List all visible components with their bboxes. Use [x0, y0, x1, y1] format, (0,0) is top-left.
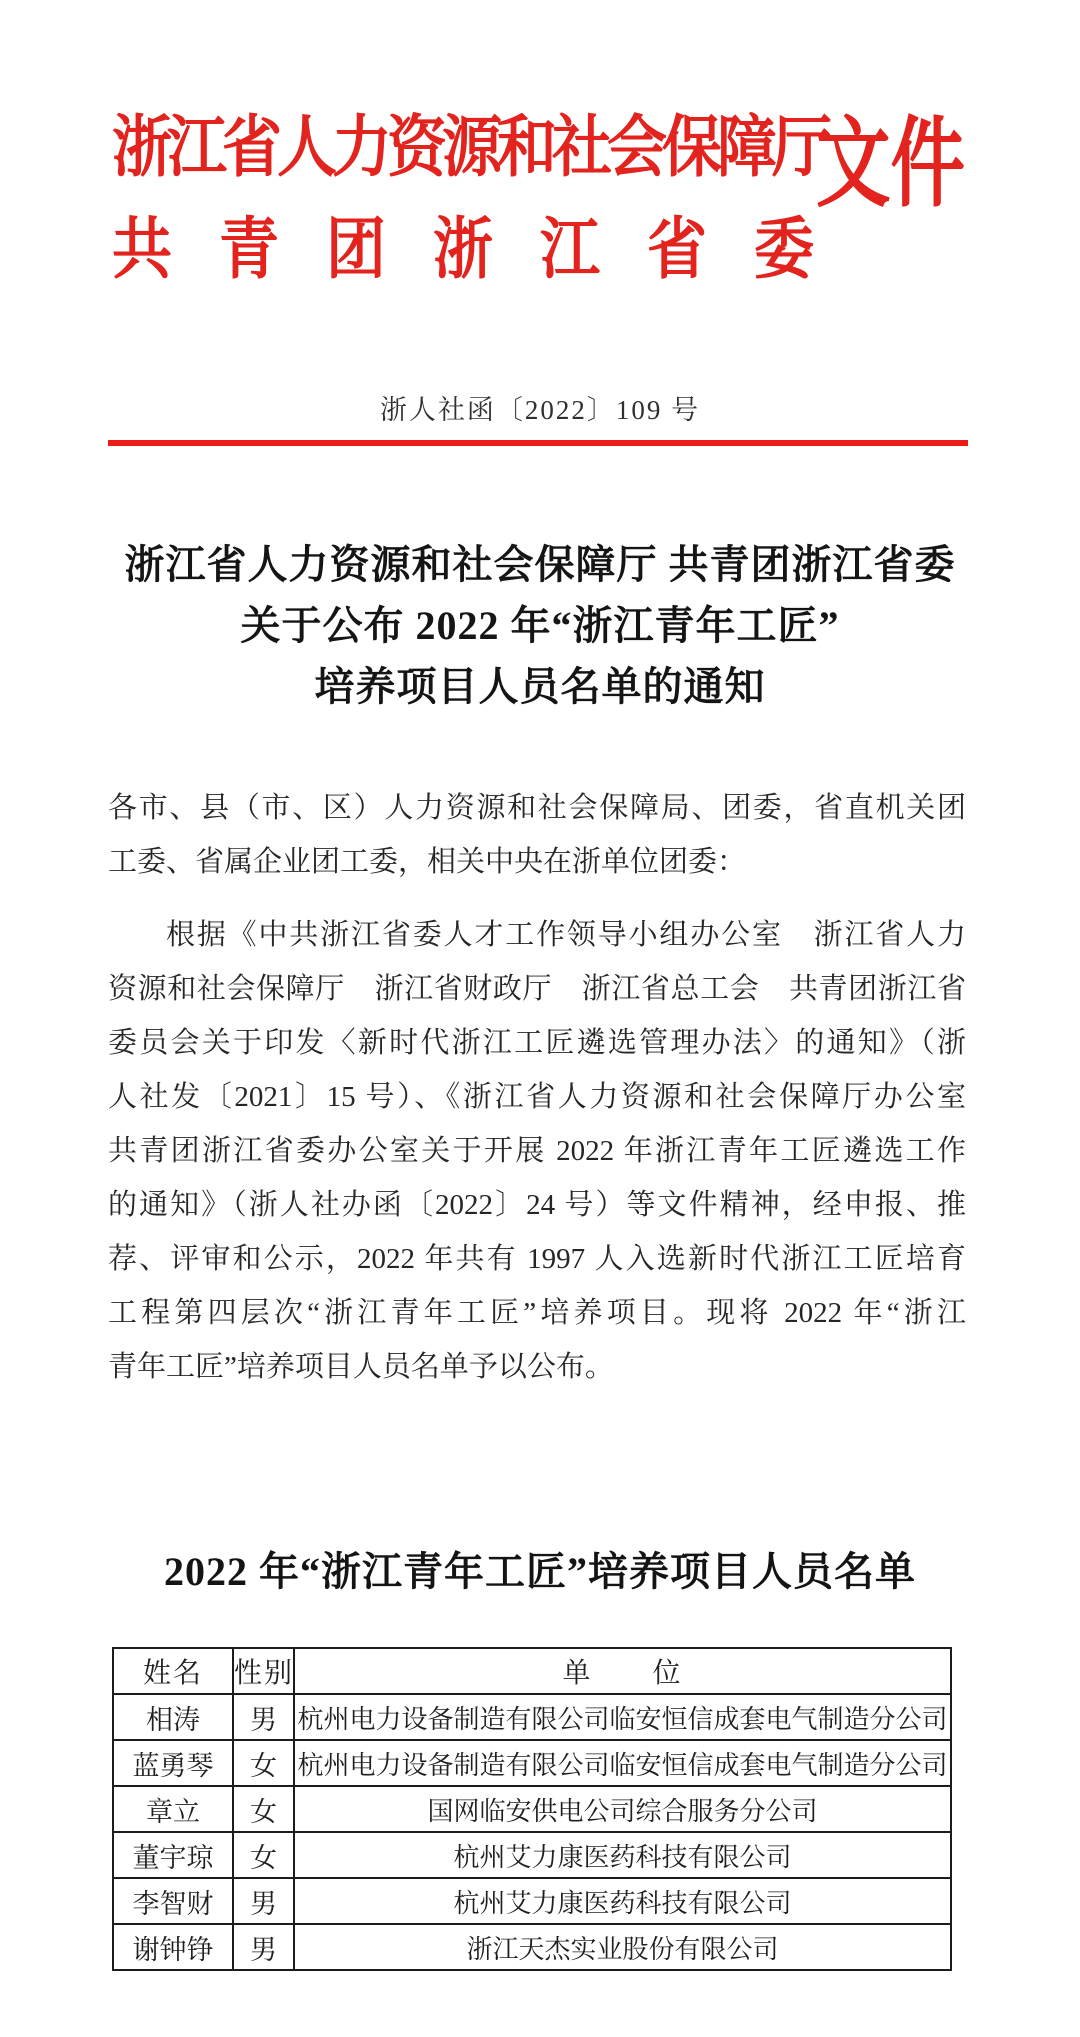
- gender-cell: 男: [233, 1924, 294, 1970]
- gender-cell: 女: [233, 1832, 294, 1878]
- body-line: 青年工匠”培养项目人员名单予以公布。: [108, 1340, 966, 1394]
- unit-cell: 浙江天杰实业股份有限公司: [294, 1924, 951, 1970]
- letterhead-org-line-1: 浙江省人力资源和社会保障厅: [112, 94, 822, 190]
- gender-cell: 男: [233, 1878, 294, 1924]
- unit-cell: 国网临安供电公司综合服务分公司: [294, 1786, 951, 1832]
- name-cell: 章立: [113, 1786, 233, 1832]
- name-cell: 蓝勇琴: [113, 1740, 233, 1786]
- document-number: 浙人社函〔2022〕109 号: [0, 388, 1080, 427]
- body-text: 各市、县（市、区）人力资源和社会保障局、团委，省直机关团工委、省属企业团工委，相…: [108, 781, 966, 1394]
- table-row: 相涛男杭州电力设备制造有限公司临安恒信成套电气制造分公司: [113, 1694, 951, 1740]
- header-cell-gender: 性别: [233, 1648, 294, 1694]
- body-line: 的通知》（浙人社办函〔2022〕24 号）等文件精神，经申报、推: [108, 1178, 966, 1232]
- table-row: 章立女国网临安供电公司综合服务分公司: [113, 1786, 951, 1832]
- body-line: 根据《中共浙江省委人才工作领导小组办公室 浙江省人力: [108, 908, 966, 962]
- letterhead-char: 青: [219, 196, 279, 292]
- table-row: 谢钟铮男浙江天杰实业股份有限公司: [113, 1924, 951, 1970]
- header-cell-unit: 单 位: [294, 1648, 951, 1694]
- gender-cell: 男: [233, 1694, 294, 1740]
- table-row: 蓝勇琴女杭州电力设备制造有限公司临安恒信成套电气制造分公司: [113, 1740, 951, 1786]
- body-line: 委员会关于印发〈新时代浙江工匠遴选管理办法〉的通知》（浙: [108, 1016, 966, 1070]
- body-line: 荐、评审和公示，2022 年共有 1997 人入选新时代浙江工匠培育: [108, 1232, 966, 1286]
- gender-cell: 女: [233, 1740, 294, 1786]
- unit-cell: 杭州电力设备制造有限公司临安恒信成套电气制造分公司: [294, 1740, 951, 1786]
- name-cell: 相涛: [113, 1694, 233, 1740]
- name-cell: 谢钟铮: [113, 1924, 233, 1970]
- roster-table-body: 相涛男杭州电力设备制造有限公司临安恒信成套电气制造分公司蓝勇琴女杭州电力设备制造…: [113, 1694, 951, 1970]
- body-line: 工委、省属企业团工委，相关中央在浙单位团委：: [108, 835, 966, 889]
- red-divider-line: [108, 440, 968, 446]
- letterhead-org-line-2: 共青团浙江省委: [112, 196, 814, 292]
- letterhead-file-label: 文件: [816, 116, 965, 214]
- letterhead-char: 委: [754, 196, 814, 292]
- unit-cell: 杭州艾力康医药科技有限公司: [294, 1832, 951, 1878]
- table-row: 李智财男杭州艾力康医药科技有限公司: [113, 1878, 951, 1924]
- table-row: 董宇琼女杭州艾力康医药科技有限公司: [113, 1832, 951, 1878]
- gender-cell: 女: [233, 1786, 294, 1832]
- letterhead-char: 共: [112, 196, 172, 292]
- notice-title: 浙江省人力资源和社会保障厅 共青团浙江省委 关于公布 2022 年“浙江青年工匠…: [0, 534, 1080, 717]
- roster-title: 2022 年“浙江青年工匠”培养项目人员名单: [0, 1540, 1080, 1597]
- name-cell: 李智财: [113, 1878, 233, 1924]
- document-page: 浙江省人力资源和社会保障厅 共青团浙江省委 文件 浙人社函〔2022〕109 号…: [0, 0, 1080, 2037]
- letterhead-char: 省: [647, 196, 707, 292]
- body-line: 共青团浙江省委办公室关于开展 2022 年浙江青年工匠遴选工作: [108, 1124, 966, 1178]
- body-line: 各市、县（市、区）人力资源和社会保障局、团委，省直机关团: [108, 781, 966, 835]
- letterhead-char: 团: [326, 196, 386, 292]
- unit-cell: 杭州艾力康医药科技有限公司: [294, 1878, 951, 1924]
- notice-title-line-1: 浙江省人力资源和社会保障厅 共青团浙江省委: [0, 534, 1080, 595]
- body-line: 人社发〔2021〕15 号）、《浙江省人力资源和社会保障厅办公室: [108, 1070, 966, 1124]
- table-header-row: 姓名 性别 单 位: [113, 1648, 951, 1694]
- body-line: 工程第四层次“浙江青年工匠”培养项目。现将 2022 年“浙江: [108, 1286, 966, 1340]
- notice-title-line-3: 培养项目人员名单的通知: [0, 656, 1080, 717]
- roster-table: 姓名 性别 单 位 相涛男杭州电力设备制造有限公司临安恒信成套电气制造分公司蓝勇…: [112, 1647, 952, 1971]
- body-line: 资源和社会保障厅 浙江省财政厅 浙江省总工会 共青团浙江省: [108, 962, 966, 1016]
- letterhead-char: 江: [540, 196, 600, 292]
- unit-cell: 杭州电力设备制造有限公司临安恒信成套电气制造分公司: [294, 1694, 951, 1740]
- header-cell-name: 姓名: [113, 1648, 233, 1694]
- name-cell: 董宇琼: [113, 1832, 233, 1878]
- letterhead-char: 浙: [433, 196, 493, 292]
- notice-title-line-2: 关于公布 2022 年“浙江青年工匠”: [0, 595, 1080, 656]
